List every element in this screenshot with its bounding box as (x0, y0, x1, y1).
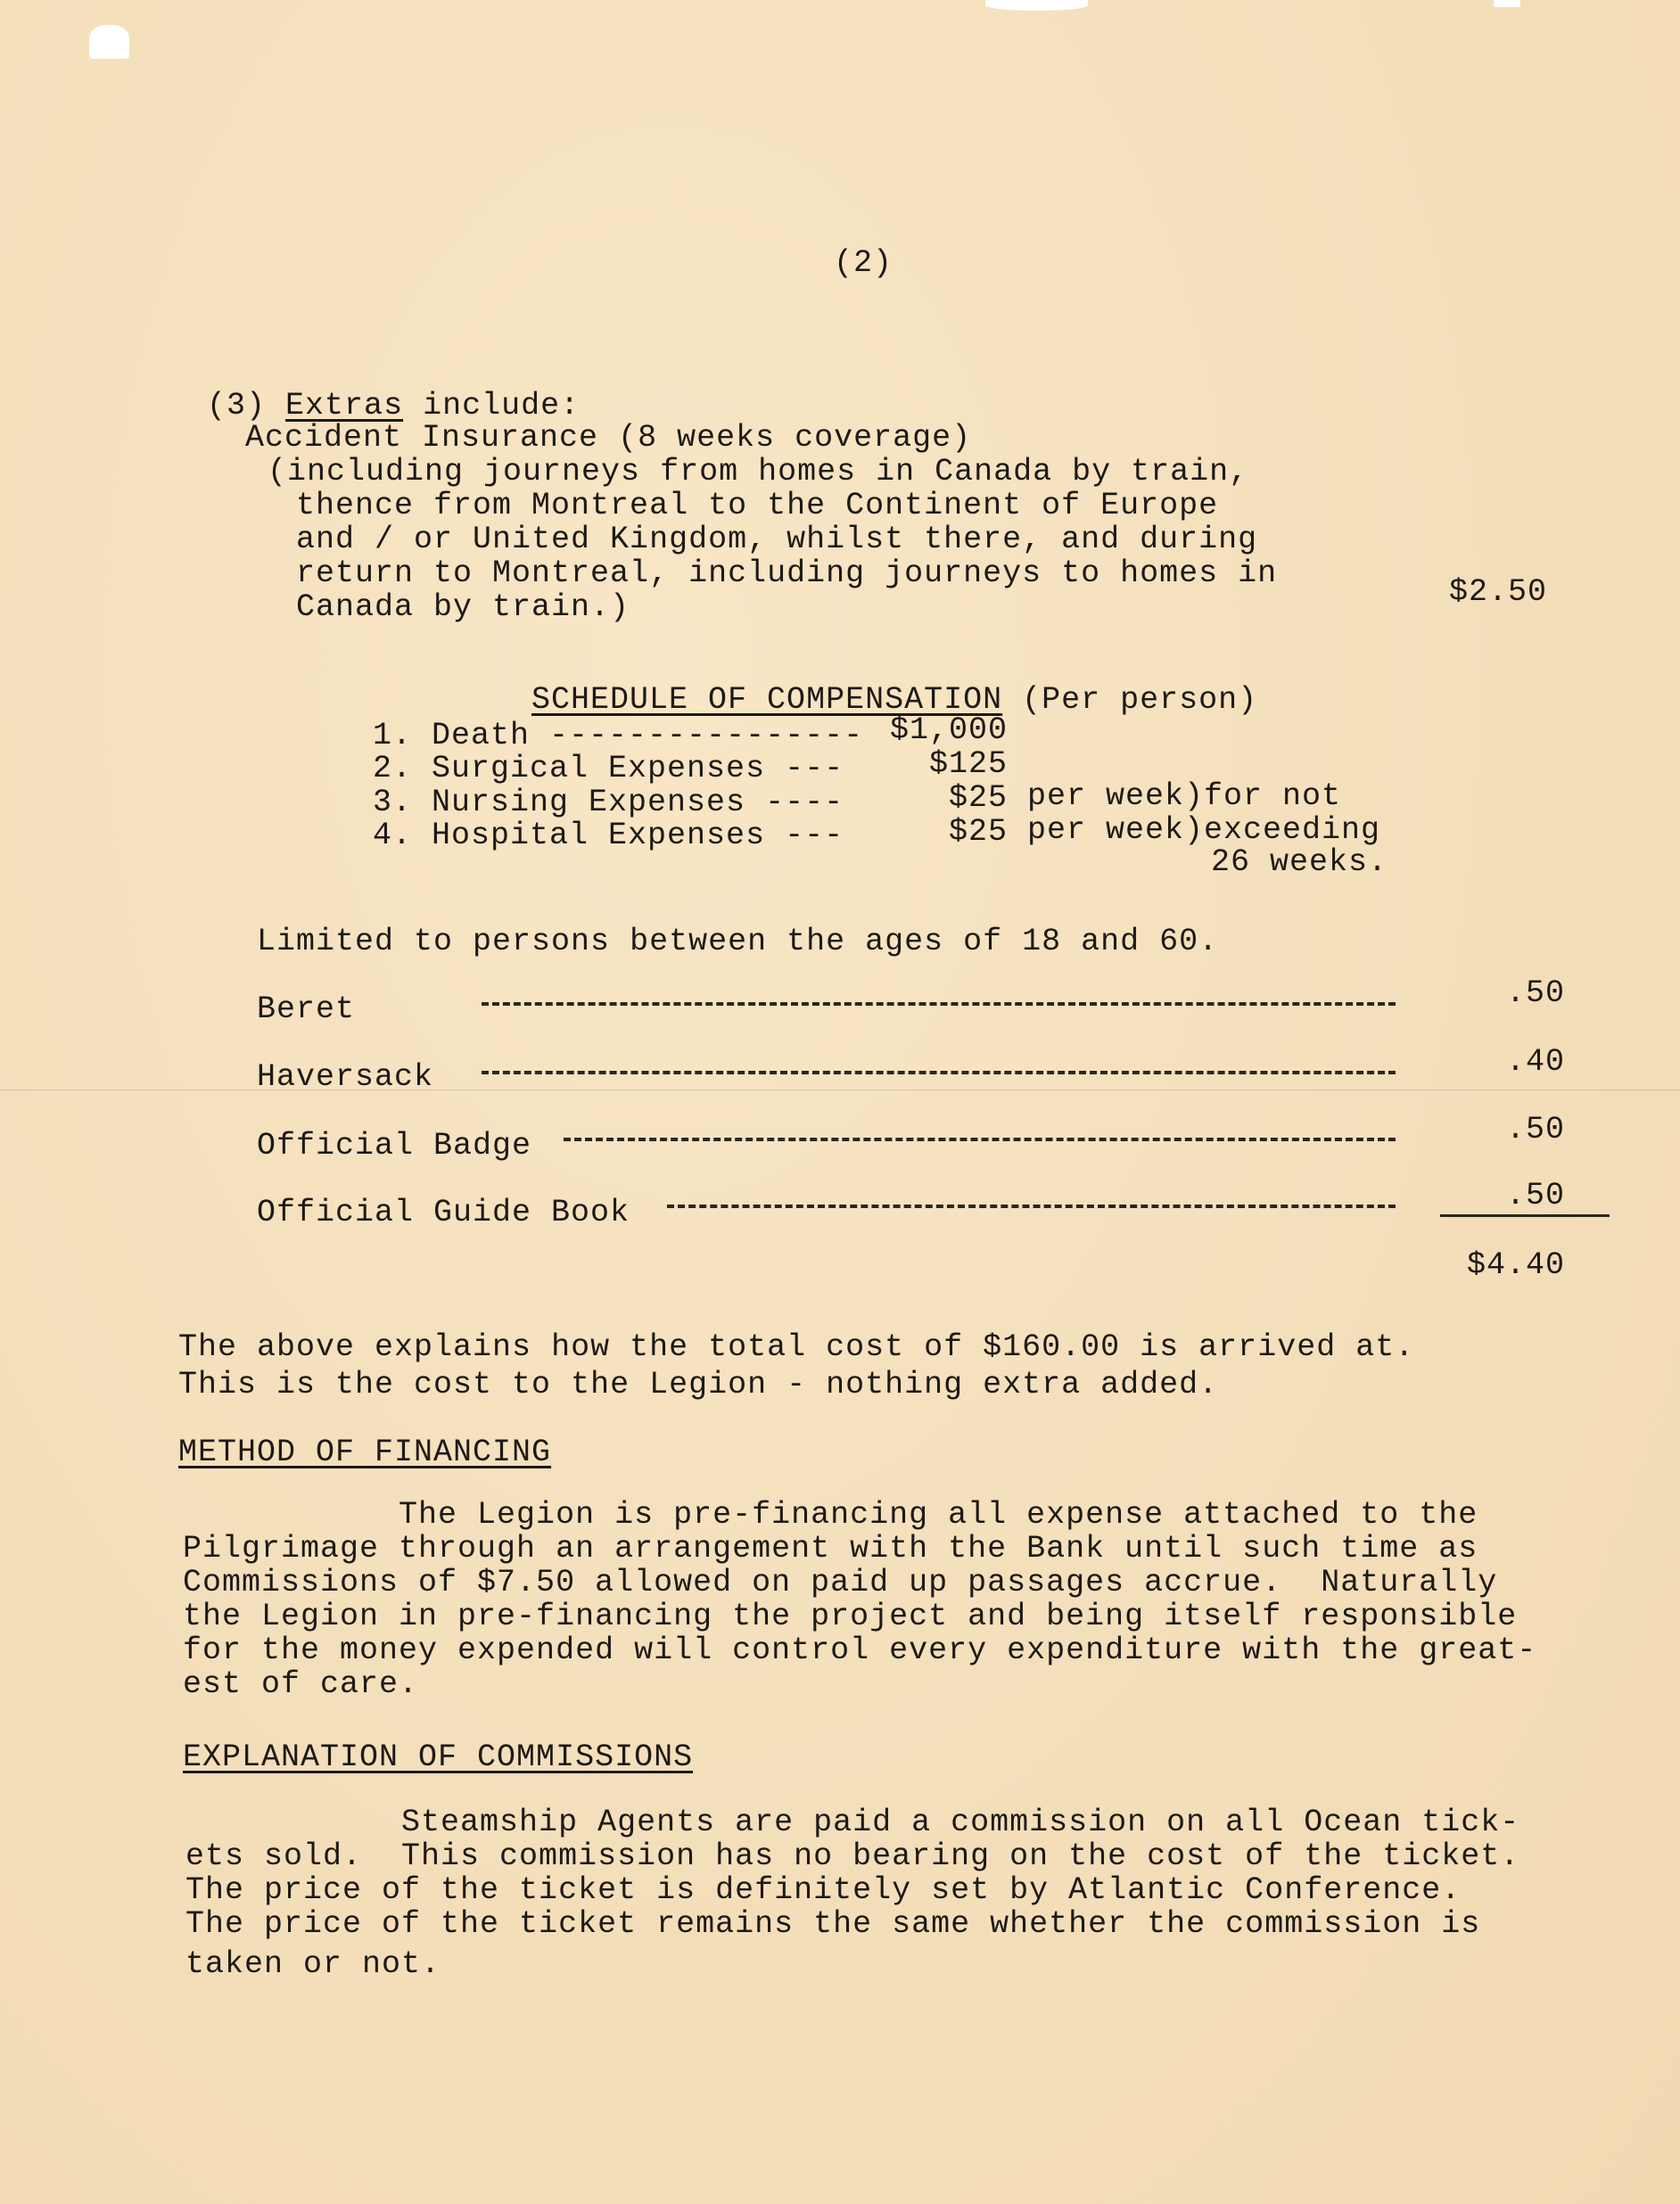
schedule-item-label: 4. Hospital Expenses --- (373, 818, 844, 852)
total-rule (1440, 1214, 1610, 1217)
financing-line: Pilgrimage through an arrangement with t… (183, 1532, 1478, 1566)
paper-tear (985, 0, 1088, 11)
insurance-detail: (including journeys from homes in Canada… (268, 455, 1248, 489)
item-price: .50 (1418, 1179, 1565, 1213)
extras-heading: (3) Extras include: (168, 355, 580, 423)
schedule-note-tail: 26 weeks. (1211, 845, 1388, 879)
schedule-item-note: per week)exceeding (1027, 813, 1380, 847)
extras-heading-underlined: Extras (285, 388, 403, 424)
schedule-item-amount: $125 (856, 747, 1008, 781)
schedule-heading-suffix: (Per person) (1022, 682, 1257, 718)
insurance-title: Accident Insurance (8 weeks coverage) (245, 421, 971, 455)
insurance-price: $2.50 (1449, 575, 1547, 609)
schedule-item-note: per week)for not (1027, 779, 1341, 813)
dotted-leader (564, 1138, 1396, 1141)
insurance-detail: Canada by train.) (276, 590, 630, 624)
financing-line: est of care. (183, 1667, 418, 1701)
item-label: Official Badge (257, 1129, 531, 1163)
fold-crease (0, 1090, 1680, 1092)
dotted-leader (667, 1205, 1396, 1208)
schedule-item-label: 3. Nursing Expenses ---- (373, 785, 844, 819)
commissions-line: taken or not. (185, 1947, 441, 1981)
paper-tear (1494, 0, 1520, 7)
page-number: (2) (834, 246, 893, 280)
financing-line: The Legion is pre-financing all expense … (183, 1498, 1478, 1532)
summary-line: The above explains how the total cost of… (178, 1330, 1414, 1364)
item-label: Haversack (257, 1060, 433, 1094)
schedule-item-amount: $25 (856, 815, 1008, 849)
financing-heading: METHOD OF FINANCING (178, 1435, 551, 1469)
insurance-detail: return to Montreal, including journeys t… (276, 556, 1277, 590)
schedule-item-amount: $25 (856, 781, 1008, 815)
commissions-line: ets sold. This commission has no bearing… (185, 1839, 1519, 1873)
age-limit: Limited to persons between the ages of 1… (257, 925, 1218, 958)
commissions-line: The price of the ticket remains the same… (185, 1907, 1480, 1941)
dotted-leader (482, 1002, 1396, 1006)
commissions-line: The price of the ticket is definitely se… (185, 1873, 1461, 1907)
financing-line: the Legion in pre-financing the project … (183, 1600, 1517, 1633)
schedule-item-label: 2. Surgical Expenses --- (373, 752, 844, 785)
item-label: Official Guide Book (257, 1196, 630, 1229)
schedule-item-label: 1. Death ---------------- (373, 719, 863, 752)
financing-line: Commissions of $7.50 allowed on paid up … (183, 1566, 1497, 1600)
item-price: .50 (1418, 976, 1565, 1010)
insurance-detail: and / or United Kingdom, whilst there, a… (276, 522, 1257, 556)
item-price: .50 (1418, 1113, 1565, 1147)
item-label: Beret (257, 992, 355, 1026)
extras-total: $4.40 (1418, 1248, 1565, 1282)
dotted-leader (482, 1071, 1396, 1074)
schedule-heading: SCHEDULE OF COMPENSATION (Per person) (492, 649, 1257, 717)
section-number: (3) (207, 388, 266, 424)
insurance-detail: thence from Montreal to the Continent of… (276, 489, 1218, 522)
extras-heading-rest: include: (403, 388, 580, 424)
schedule-item-amount: $1,000 (856, 713, 1008, 747)
summary-line: This is the cost to the Legion - nothing… (178, 1368, 1218, 1402)
commissions-line: Steamship Agents are paid a commission o… (185, 1805, 1519, 1839)
financing-line: for the money expended will control ever… (183, 1633, 1536, 1667)
commissions-heading: EXPLANATION OF COMMISSIONS (183, 1740, 693, 1774)
item-price: .40 (1418, 1045, 1565, 1079)
paper-tear (89, 25, 129, 59)
